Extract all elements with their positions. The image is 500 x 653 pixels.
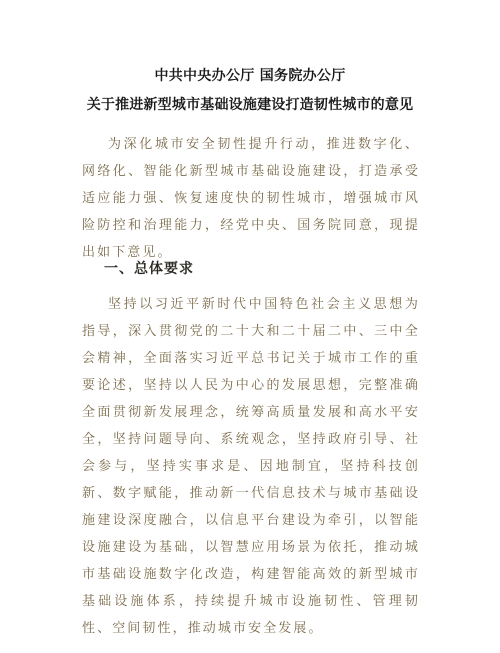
section-paragraph-general-requirements: 坚持以习近平新时代中国特色社会主义思想为指导，深入贯彻党的二十大和二十届二中、三…: [82, 291, 420, 642]
document-title: 关于推进新型城市基础设施建设打造韧性城市的意见: [0, 96, 500, 114]
document-issuer: 中共中央办公厅 国务院办公厅: [0, 67, 500, 85]
intro-paragraph: 为深化城市安全韧性提升行动，推进数字化、网络化、智能化新型城市基础设施建设，打造…: [82, 131, 420, 266]
section-heading-general-requirements: 一、总体要求: [104, 259, 194, 279]
document-page: 中共中央办公厅 国务院办公厅 关于推进新型城市基础设施建设打造韧性城市的意见 为…: [0, 0, 500, 653]
